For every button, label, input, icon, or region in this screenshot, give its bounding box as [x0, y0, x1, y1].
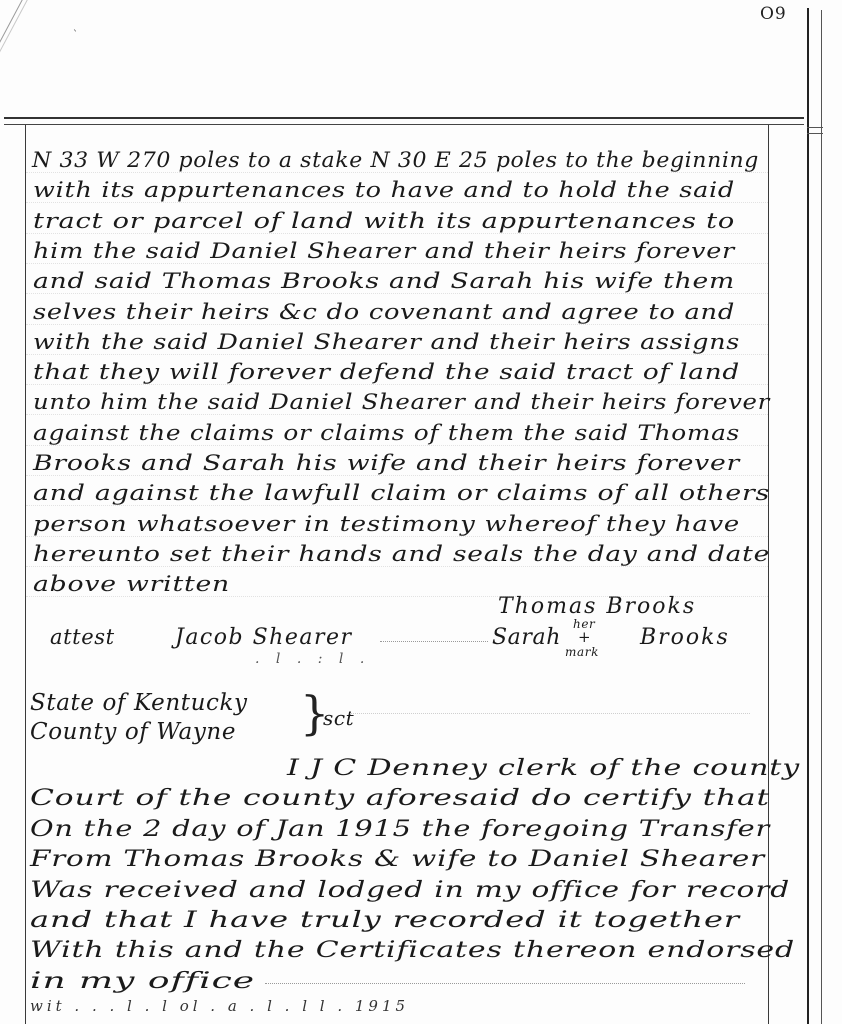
ruled-line: [26, 233, 768, 234]
ruled-line: [26, 384, 768, 385]
outer-right-rule-thin: [821, 10, 822, 1024]
page-fold-line-shadow: [0, 0, 60, 63]
deed-line: that they will forever defend the said t…: [33, 362, 740, 383]
certificate-header-rule: [350, 713, 750, 714]
ruled-line: [26, 263, 768, 264]
deed-line: and against the lawfull claim or claims …: [33, 483, 770, 504]
certificate-line: and that I have truly recorded it togeth…: [30, 910, 740, 932]
ruled-line: [26, 536, 768, 537]
certificate-line: With this and the Certificates thereon e…: [30, 940, 795, 962]
deed-line: N 33 W 270 poles to a stake N 30 E 25 po…: [32, 150, 759, 171]
faint-marks-below-witness: . l . : l .: [255, 652, 370, 666]
deed-line: him the said Daniel Shearer and their he…: [33, 241, 735, 262]
certificate-line: Was received and lodged in my office for…: [30, 880, 790, 902]
ruled-line: [26, 293, 768, 294]
deed-line: and said Thomas Brooks and Sarah his wif…: [33, 271, 735, 292]
deed-line: with its appurtenances to have and to ho…: [33, 180, 735, 201]
certificate-line: I J C Denney clerk of the county: [287, 758, 800, 780]
deed-line: above written: [33, 574, 230, 595]
ruled-line: [26, 354, 768, 355]
certificate-line: Court of the county aforesaid do certify…: [30, 788, 770, 810]
certificate-line: On the 2 day of Jan 1915 the foregoing T…: [30, 819, 770, 841]
deed-line: hereunto set their hands and seals the d…: [33, 544, 770, 565]
witness-signature-jacob-shearer: Jacob Shearer: [175, 627, 353, 649]
outer-right-rule: [807, 8, 809, 1024]
certificate-line: From Thomas Brooks & wife to Daniel Shea…: [30, 849, 765, 871]
page-fold-line: [0, 0, 56, 61]
certificate-county: County of Wayne: [30, 721, 236, 744]
left-margin-rule: [25, 125, 26, 1024]
mark-label-mark: mark: [565, 646, 599, 658]
witness-signature-line: [380, 641, 488, 642]
mark-cross-symbol: +: [578, 630, 591, 645]
top-double-rule-lower: [4, 124, 804, 125]
top-double-rule-upper: [4, 117, 804, 119]
grantor-signature-thomas-brooks: Thomas Brooks: [498, 596, 696, 618]
ruled-line: [26, 566, 768, 567]
grantor-signature-brooks: Brooks: [640, 627, 730, 649]
certificate-end-rule: [265, 983, 745, 984]
deed-line: selves their heirs &c do covenant and ag…: [33, 302, 735, 323]
attest-label: attest: [50, 627, 115, 648]
certificate-line: in my office: [30, 971, 255, 993]
deed-line: unto him the said Daniel Shearer and the…: [33, 392, 770, 413]
certificate-state: State of Kentucky: [30, 692, 248, 715]
certificate-cut-off-line: wit . . . l . l ol . a . l . l l . 1915: [30, 999, 409, 1014]
deed-line: person whatsoever in testimony whereof t…: [33, 514, 740, 535]
deed-line: with the said Daniel Shearer and their h…: [33, 332, 740, 353]
ruled-line: [26, 414, 768, 415]
right-stub-rule-2: [807, 133, 823, 134]
ledger-page: ` O9 N 33 W 270 poles to a stake N 30 E …: [0, 0, 842, 1024]
stray-ink-mark: `: [73, 30, 78, 41]
ruled-line: [26, 202, 768, 203]
page-number: O9: [760, 4, 787, 24]
certificate-brace-label: sct: [323, 708, 354, 728]
ruled-line: [26, 505, 768, 506]
deed-line: tract or parcel of land with its appurte…: [33, 211, 735, 232]
deed-line: Brooks and Sarah his wife and their heir…: [33, 453, 740, 474]
ruled-line: [26, 475, 768, 476]
ruled-line: [26, 445, 768, 446]
ruled-line: [26, 172, 768, 173]
deed-line: against the claims or claims of them the…: [33, 423, 740, 444]
right-stub-rule: [807, 127, 823, 128]
ruled-line: [26, 324, 768, 325]
grantor-signature-sarah: Sarah: [492, 627, 561, 649]
